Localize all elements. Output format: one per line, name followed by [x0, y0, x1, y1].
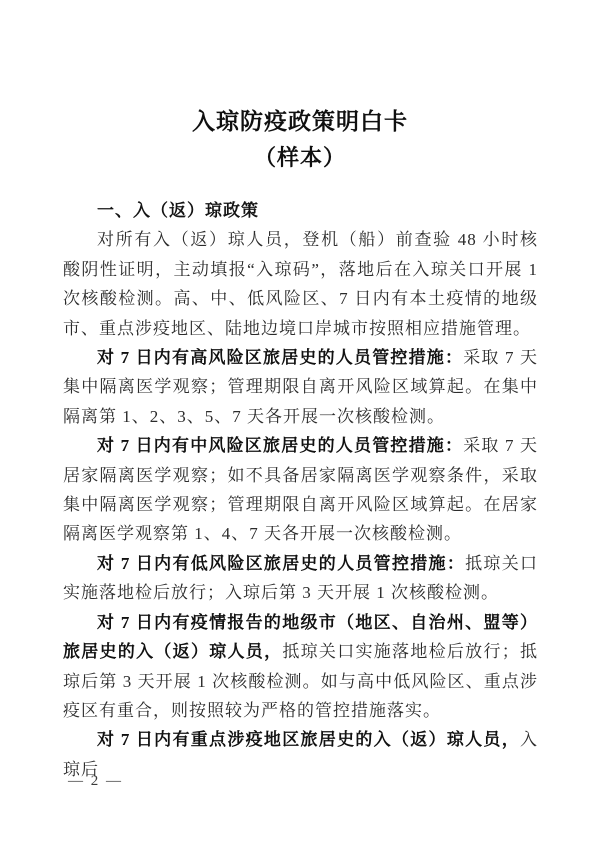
- policy-paragraph-key-area: 对 7 日内有重点涉疫地区旅居史的入（返）琼人员，入琼后: [63, 725, 538, 784]
- paragraph-text: 对所有入（返）琼人员，登机（船）前查验 48 小时核酸阴性证明，主动填报“入琼码…: [63, 230, 538, 337]
- document-title: 入琼防疫政策明白卡: [0, 104, 600, 139]
- policy-paragraph-medium-risk: 对 7 日内有中风险区旅居史的人员管控措施：采取 7 天居家隔离医学观察；如不具…: [63, 431, 538, 549]
- document-page: 入琼防疫政策明白卡 （样本） 一、入（返）琼政策 对所有入（返）琼人员，登机（船…: [0, 0, 600, 849]
- policy-paragraph-low-risk: 对 7 日内有低风险区旅居史的人员管控措施：抵琼关口实施落地检后放行；入琼后第 …: [63, 549, 538, 608]
- section-heading: 一、入（返）琼政策: [63, 196, 538, 225]
- paragraph-lead: 对 7 日内有中风险区旅居史的人员管控措施：: [97, 436, 463, 455]
- policy-paragraph-general: 对所有入（返）琼人员，登机（船）前查验 48 小时核酸阴性证明，主动填报“入琼码…: [63, 225, 538, 343]
- paragraph-lead: 对 7 日内有低风险区旅居史的人员管控措施：: [97, 554, 465, 573]
- page-number: — 2 —: [68, 770, 123, 792]
- policy-paragraph-epidemic-city: 对 7 日内有疫情报告的地级市（地区、自治州、盟等）旅居史的入（返）琼人员，抵琼…: [63, 608, 538, 726]
- policy-paragraph-high-risk: 对 7 日内有高风险区旅居史的人员管控措施：采取 7 天集中隔离医学观察；管理期…: [63, 343, 538, 431]
- paragraph-lead: 对 7 日内有高风险区旅居史的人员管控措施：: [97, 348, 463, 367]
- paragraph-lead: 对 7 日内有重点涉疫地区旅居史的入（返）琼人员，: [97, 730, 520, 749]
- document-subtitle: （样本）: [0, 141, 600, 175]
- document-body: 一、入（返）琼政策 对所有入（返）琼人员，登机（船）前查验 48 小时核酸阴性证…: [63, 196, 538, 784]
